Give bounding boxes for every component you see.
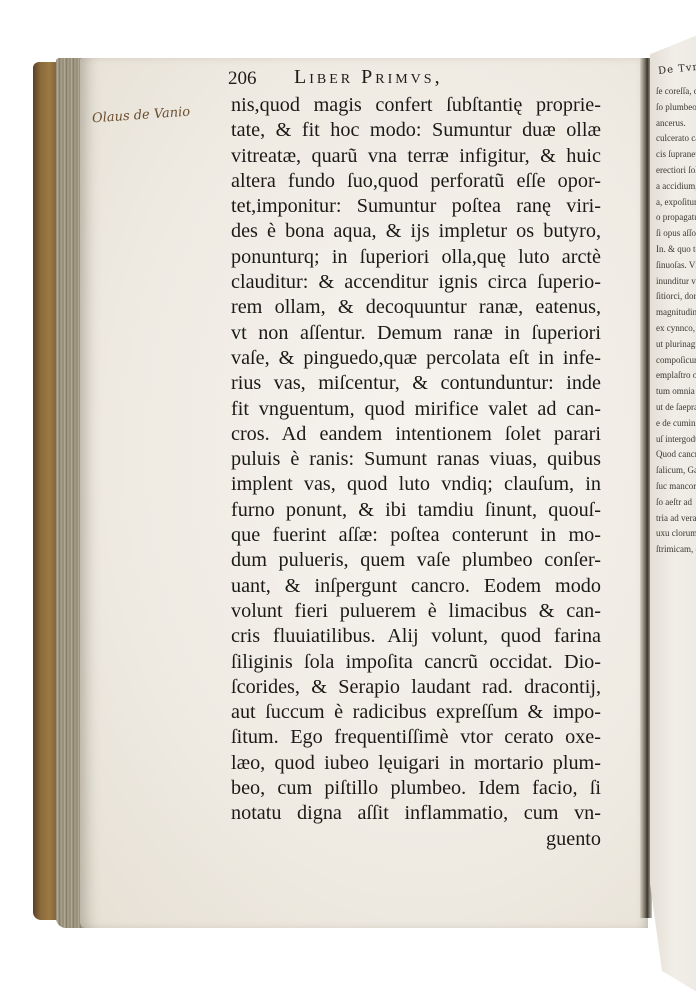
text-line: ſitum. Ego frequentiſſimè vtor cerato ox… — [231, 725, 601, 750]
right-text-line: inunditur valde turum — [656, 274, 696, 290]
right-text-line: ſo aeſtr ad — [656, 495, 696, 511]
text-line: altera fundo ſuo,quod perforatũ eſſe opo… — [231, 169, 601, 194]
text-line: dum pulueris, quem vaſe plumbeo conſer- — [231, 548, 601, 573]
right-text-line: tria ad vera cancri — [656, 511, 696, 527]
text-line: cros. Ad eandem intentionem ſolet parari — [231, 422, 601, 447]
right-text-line: compoſicum, bolus Armen — [656, 353, 696, 369]
running-head: 206 Liber Primvs, — [228, 66, 608, 92]
right-text-line: ex cynnco, aut ſiccaſempr — [656, 321, 696, 337]
text-line: puluis è ranis: Sumunt ranas viuas, quib… — [231, 447, 601, 472]
right-text-line: ſtrimicam, ed. — [656, 542, 696, 558]
running-head-title: Liber Primvs, — [294, 66, 443, 89]
text-line: rem ollam, & decoquuntur ranæ, eatenus, — [231, 295, 601, 320]
text-line: ponunturq; in ſuperiori olla,quę luto ar… — [231, 245, 601, 270]
text-line: ſiliginis ſola impoſita cancrũ occidat. … — [231, 650, 601, 675]
text-line: notatu digna aſſit inflammatio, cum vn- — [231, 801, 601, 826]
right-text-line: ut plurinagium. Proſunt — [656, 337, 696, 353]
text-line: uant, & inſpergunt cancro. Eodem modo — [231, 574, 601, 599]
right-text-line: In. & quo tempore vt pellum — [656, 242, 696, 258]
right-text-line: ut de ſaepracanderum — [656, 400, 696, 416]
right-text-line: a, expoſitum in cura oculos — [656, 195, 696, 211]
right-page-text: ſe coreſſa, donec plumbi col ſo plumbeo … — [656, 84, 696, 904]
right-text-line: ſe coreſſa, donec plumbi col — [656, 84, 696, 100]
text-line: des è bona aqua, & ijs impletur os butyr… — [231, 219, 601, 244]
right-text-line: uxu clorum, ſed — [656, 526, 696, 542]
text-line: aut ſuccum è radicibus expreſſum & impo- — [231, 700, 601, 725]
text-line: que fuerint aſſæ: poſtea conterunt in mo… — [231, 523, 601, 548]
right-text-line: magnitudinem vel per ſe, rel — [656, 305, 696, 321]
text-line: tate, & fit hoc modo: Sumuntur duæ ollæ — [231, 118, 601, 143]
right-text-line: culcerato cancro, vt parte — [656, 131, 696, 147]
text-line: tet,imponitur: Sumuntur poſtea ranę viri… — [231, 194, 601, 219]
page-number: 206 — [228, 68, 257, 90]
right-text-line: Quod cancri uiſugem — [656, 447, 696, 463]
text-line: cris fluuiatilibus. Alij volunt, quod fa… — [231, 624, 601, 649]
text-line: clauditur: & accenditur ignis circa ſupe… — [231, 270, 601, 295]
right-text-line: ſinuoſas. Vnimenorum — [656, 258, 696, 274]
text-line: rius vas, miſcentur, & contunduntur: ind… — [231, 371, 601, 396]
right-text-line: ſi opus aſſolueget inde vero — [656, 226, 696, 242]
right-text-line: e de cuminiis cancri — [656, 416, 696, 432]
text-line: volunt fieri puluerem è limacibus & can- — [231, 599, 601, 624]
text-line: læo, quod iubeo lęuigari in mortario plu… — [231, 751, 601, 776]
text-line: vitreatæ, quarũ vna terræ infigitur, & h… — [231, 144, 601, 169]
right-text-line: cis ſupraneurimus, ne cancer — [656, 147, 696, 163]
right-text-line: tum omnia deſiccaſiua — [656, 384, 696, 400]
right-text-line: ſalicum, Galenum in — [656, 463, 696, 479]
text-line: vt non aſſentur. Demum ranæ in ſuperiori — [231, 321, 601, 346]
right-text-line: emplaſtro ompilacino, aut — [656, 368, 696, 384]
right-text-line: ſitiorci, dorum ablurantur — [656, 289, 696, 305]
text-line: beo, cum piſtillo plumbeo. Idem facio, ſ… — [231, 776, 601, 801]
text-line: implent vas, quod luto vndiq; clauſum, i… — [231, 472, 601, 497]
text-line: nis,quod magis confert ſubſtantię propri… — [231, 93, 601, 118]
right-text-line: erectiori ſolet. Praecurom — [656, 163, 696, 179]
right-text-line: uſ intergodus. — [656, 432, 696, 448]
text-line: fit vnguentum, quod mirifice valet ad ca… — [231, 397, 601, 422]
catchword: guento — [231, 827, 601, 852]
right-text-line: ancerus. — [656, 116, 696, 132]
right-text-line: ſuc mancorum, cal — [656, 479, 696, 495]
right-text-line: o propagatur in dictos modicis. — [656, 210, 696, 226]
right-text-line: a accidium, quatuo vidius — [656, 179, 696, 195]
right-text-line: ſo plumbeo acquirat. Sic — [656, 100, 696, 116]
text-line: vaſe, & pinguedo,quæ percolata eſt in in… — [231, 346, 601, 371]
text-line: furno ponunt, & ibi tamdiu ſinunt, quouſ… — [231, 498, 601, 523]
text-line: ſcorides, & Serapio laudant rad. dracont… — [231, 675, 601, 700]
body-text: nis,quod magis confert ſubſtantię propri… — [231, 93, 601, 852]
